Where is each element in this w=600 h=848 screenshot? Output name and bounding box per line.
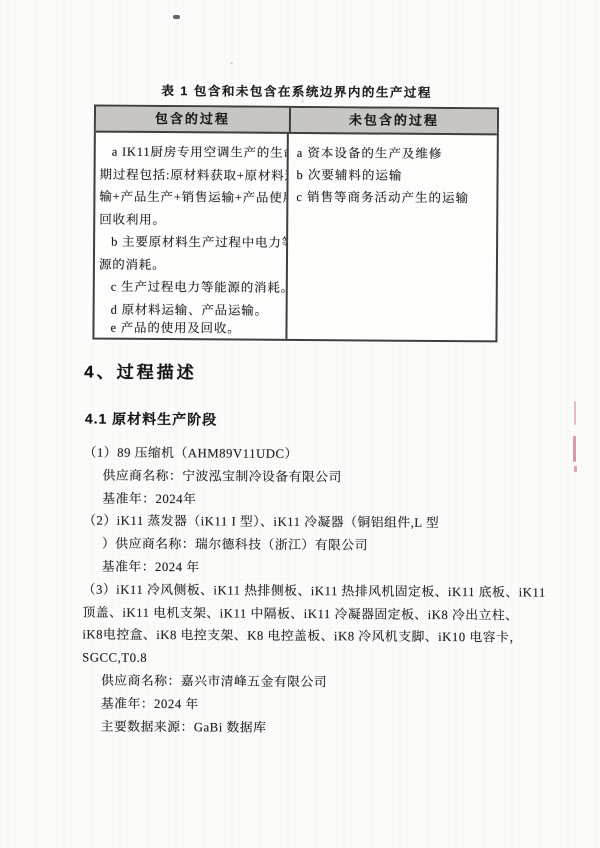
table-text-line: 期过程包括:原材料获取+原材料运 [99,163,283,187]
boundary-table-body-row: a IK11厨房专用空调生产的生命周 期过程包括:原材料获取+原材料运 输+产品… [94,133,496,341]
section-heading: 4、过程描述 [84,357,544,385]
process-description-section: 4、过程描述 4.1 原材料生产阶段 （1）89 压缩机（AHM89V11UDC… [82,357,545,741]
body-text-block: （1）89 压缩机（AHM89V11UDC） 供应商名称：宁波泓宝制冷设备有限公… [82,441,544,741]
subsection-heading: 4.1 原材料生产阶段 [85,408,544,431]
body-text-line: 顶盖、iK11 电机支架、iK11 中隔板、iK11 冷凝器固定板、iK8 冷出… [82,601,542,627]
body-text-line: iK8电控盒、iK8 电控支架、K8 电控盖板、iK8 冷风机支脚、iK10 电… [82,624,542,650]
body-text-line: ）供应商名称：瑞尔德科技（浙江）有限公司 [83,533,543,559]
table-text-line: 回收利用。 [99,208,283,232]
table-text-line: 输+产品生产+销售运输+产品使用+ [99,186,283,210]
table-text-line: b 次要辅料的运输 [296,165,492,188]
table-text-line: c 生产过程电力等能源的消耗。 [99,276,283,300]
excluded-header-cell: 未包含的过程 [291,108,497,133]
body-text-line: 基准年：2024 年 [83,555,543,581]
body-text-line: 基准年：2024 年 [82,692,542,718]
boundary-table: 包含的过程 未包含的过程 a IK11厨房专用空调生产的生命周 期过程包括:原材… [92,105,499,343]
body-text-line: 基准年：2024年 [83,487,543,513]
table-text-line: 源的消耗。 [99,253,283,277]
body-text-line: （2）iK11 蒸发器（iK11 I 型）、iK11 冷凝器（铜铝组件,L 型 [83,510,543,536]
body-text-line: （3）iK11 冷风侧板、iK11 热排侧板、iK11 热排风机固定板、iK11… [83,578,543,604]
body-text-line: （1）89 压缩机（AHM89V11UDC） [84,441,544,467]
table-caption: 表 1 包含和未包含在系统边界内的生产过程 [94,81,499,102]
table-text-line: a IK11厨房专用空调生产的生命周 [100,141,284,165]
body-text-line: 供应商名称：宁波泓宝制冷设备有限公司 [83,464,543,490]
table-text-line: b 主要原材料生产过程中电力等能 [99,231,283,255]
scan-content: 表 1 包含和未包含在系统边界内的生产过程 包含的过程 未包含的过程 a IK1… [0,0,600,848]
scanned-document-page: 表 1 包含和未包含在系统边界内的生产过程 包含的过程 未包含的过程 a IK1… [0,0,600,848]
body-text-line: 主要数据来源：GaBi 数据库 [82,715,542,741]
included-header-cell: 包含的过程 [96,107,291,132]
excluded-cell: a 资本设备的生产及维修 b 次要辅料的运输 c 销售等商务活动产生的运输 [287,134,496,340]
boundary-table-header-row: 包含的过程 未包含的过程 [96,107,497,136]
table-text-line: c 销售等商务活动产生的运输 [296,187,492,210]
table-text-line: a 资本设备的生产及维修 [297,143,493,166]
body-text-line: 供应商名称：嘉兴市清峰五金有限公司 [82,669,542,695]
included-cell: a IK11厨房专用空调生产的生命周 期过程包括:原材料获取+原材料运 输+产品… [94,133,288,339]
body-text-line: SGCC,T0.8 [82,647,542,673]
